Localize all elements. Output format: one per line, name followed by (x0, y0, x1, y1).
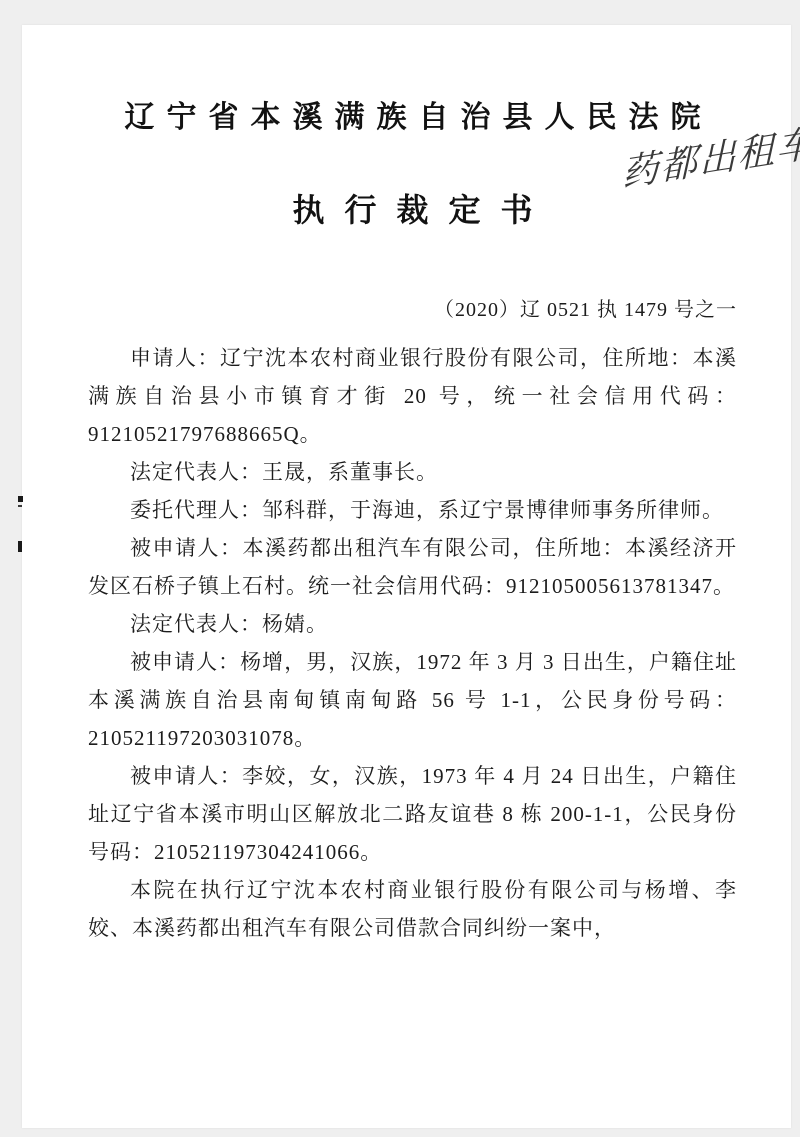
paragraph-legal-representative-respondent: 法定代表人：杨婧。 (88, 605, 737, 643)
paragraph-applicant: 申请人：辽宁沈本农村商业银行股份有限公司，住所地：本溪满族自治县小市镇育才街 2… (88, 339, 737, 453)
document-title: 执行裁定书 (88, 189, 737, 231)
scan-background: 药都出租车 辽宁省本溪满族自治县人民法院 执行裁定书 （2020）辽 0521 … (0, 0, 800, 1137)
document-page: 药都出租车 辽宁省本溪满族自治县人民法院 执行裁定书 （2020）辽 0521 … (22, 25, 791, 1128)
paragraph-respondent-company: 被申请人：本溪药都出租汽车有限公司，住所地：本溪经济开发区石桥子镇上石村。统一社… (88, 529, 737, 605)
case-number: （2020）辽 0521 执 1479 号之一 (88, 297, 737, 323)
paragraph-respondent-yangzeng: 被申请人：杨增，男，汉族，1972 年 3 月 3 日出生，户籍住址本溪满族自治… (88, 643, 737, 757)
paragraph-legal-representative-applicant: 法定代表人：王晟，系董事长。 (88, 453, 737, 491)
document-body: 申请人：辽宁沈本农村商业银行股份有限公司，住所地：本溪满族自治县小市镇育才街 2… (88, 339, 737, 947)
court-name: 辽宁省本溪满族自治县人民法院 (88, 99, 737, 137)
scan-artifact (18, 496, 23, 502)
paragraph-respondent-lijiao: 被申请人：李姣，女，汉族，1973 年 4 月 24 日出生，户籍住址辽宁省本溪… (88, 757, 737, 871)
paragraph-case-summary: 本院在执行辽宁沈本农村商业银行股份有限公司与杨增、李姣、本溪药都出租汽车有限公司… (88, 871, 737, 947)
scan-artifact (18, 541, 22, 552)
paragraph-attorneys: 委托代理人：邹科群，于海迪，系辽宁景博律师事务所律师。 (88, 491, 737, 529)
